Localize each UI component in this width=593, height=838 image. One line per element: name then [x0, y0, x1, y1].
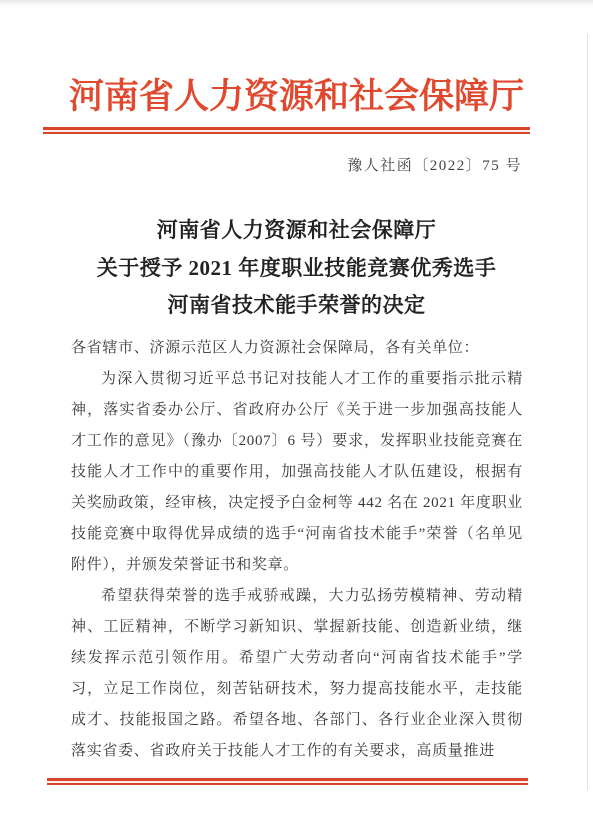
body-paragraph-2: 希望获得荣誉的选手戒骄戒躁，大力弘扬劳模精神、劳动精神、工匠精神，不断学习新知识…: [71, 581, 523, 767]
document-title-line-2: 关于授予 2021 年度职业技能竞赛优秀选手: [0, 250, 593, 288]
body-paragraph-1: 为深入贯彻习近平总书记对技能人才工作的重要指示批示精神，落实省委办公厅、省政府办…: [71, 364, 523, 581]
document-reference-number: 豫人社函〔2022〕75 号: [347, 154, 522, 175]
scan-edge-right: [587, 34, 588, 790]
footer-double-rule: [47, 778, 528, 785]
document-body: 各省辖市、济源示范区人力资源社会保障局，各有关单位： 为深入贯彻习近平总书记对技…: [71, 333, 523, 767]
document-title-line-3: 河南省技术能手荣誉的决定: [0, 287, 593, 325]
letterhead-agency-title: 河南省人力资源和社会保障厅: [0, 69, 593, 119]
salutation-line: 各省辖市、济源示范区人力资源社会保障局，各有关单位：: [71, 333, 523, 364]
letterhead-double-rule: [43, 127, 530, 134]
document-title: 河南省人力资源和社会保障厅 关于授予 2021 年度职业技能竞赛优秀选手 河南省…: [0, 212, 593, 325]
scanned-document-page: 河南省人力资源和社会保障厅 豫人社函〔2022〕75 号 河南省人力资源和社会保…: [0, 0, 593, 838]
scan-edge-top: [0, 0, 593, 8]
document-title-line-1: 河南省人力资源和社会保障厅: [0, 212, 593, 250]
